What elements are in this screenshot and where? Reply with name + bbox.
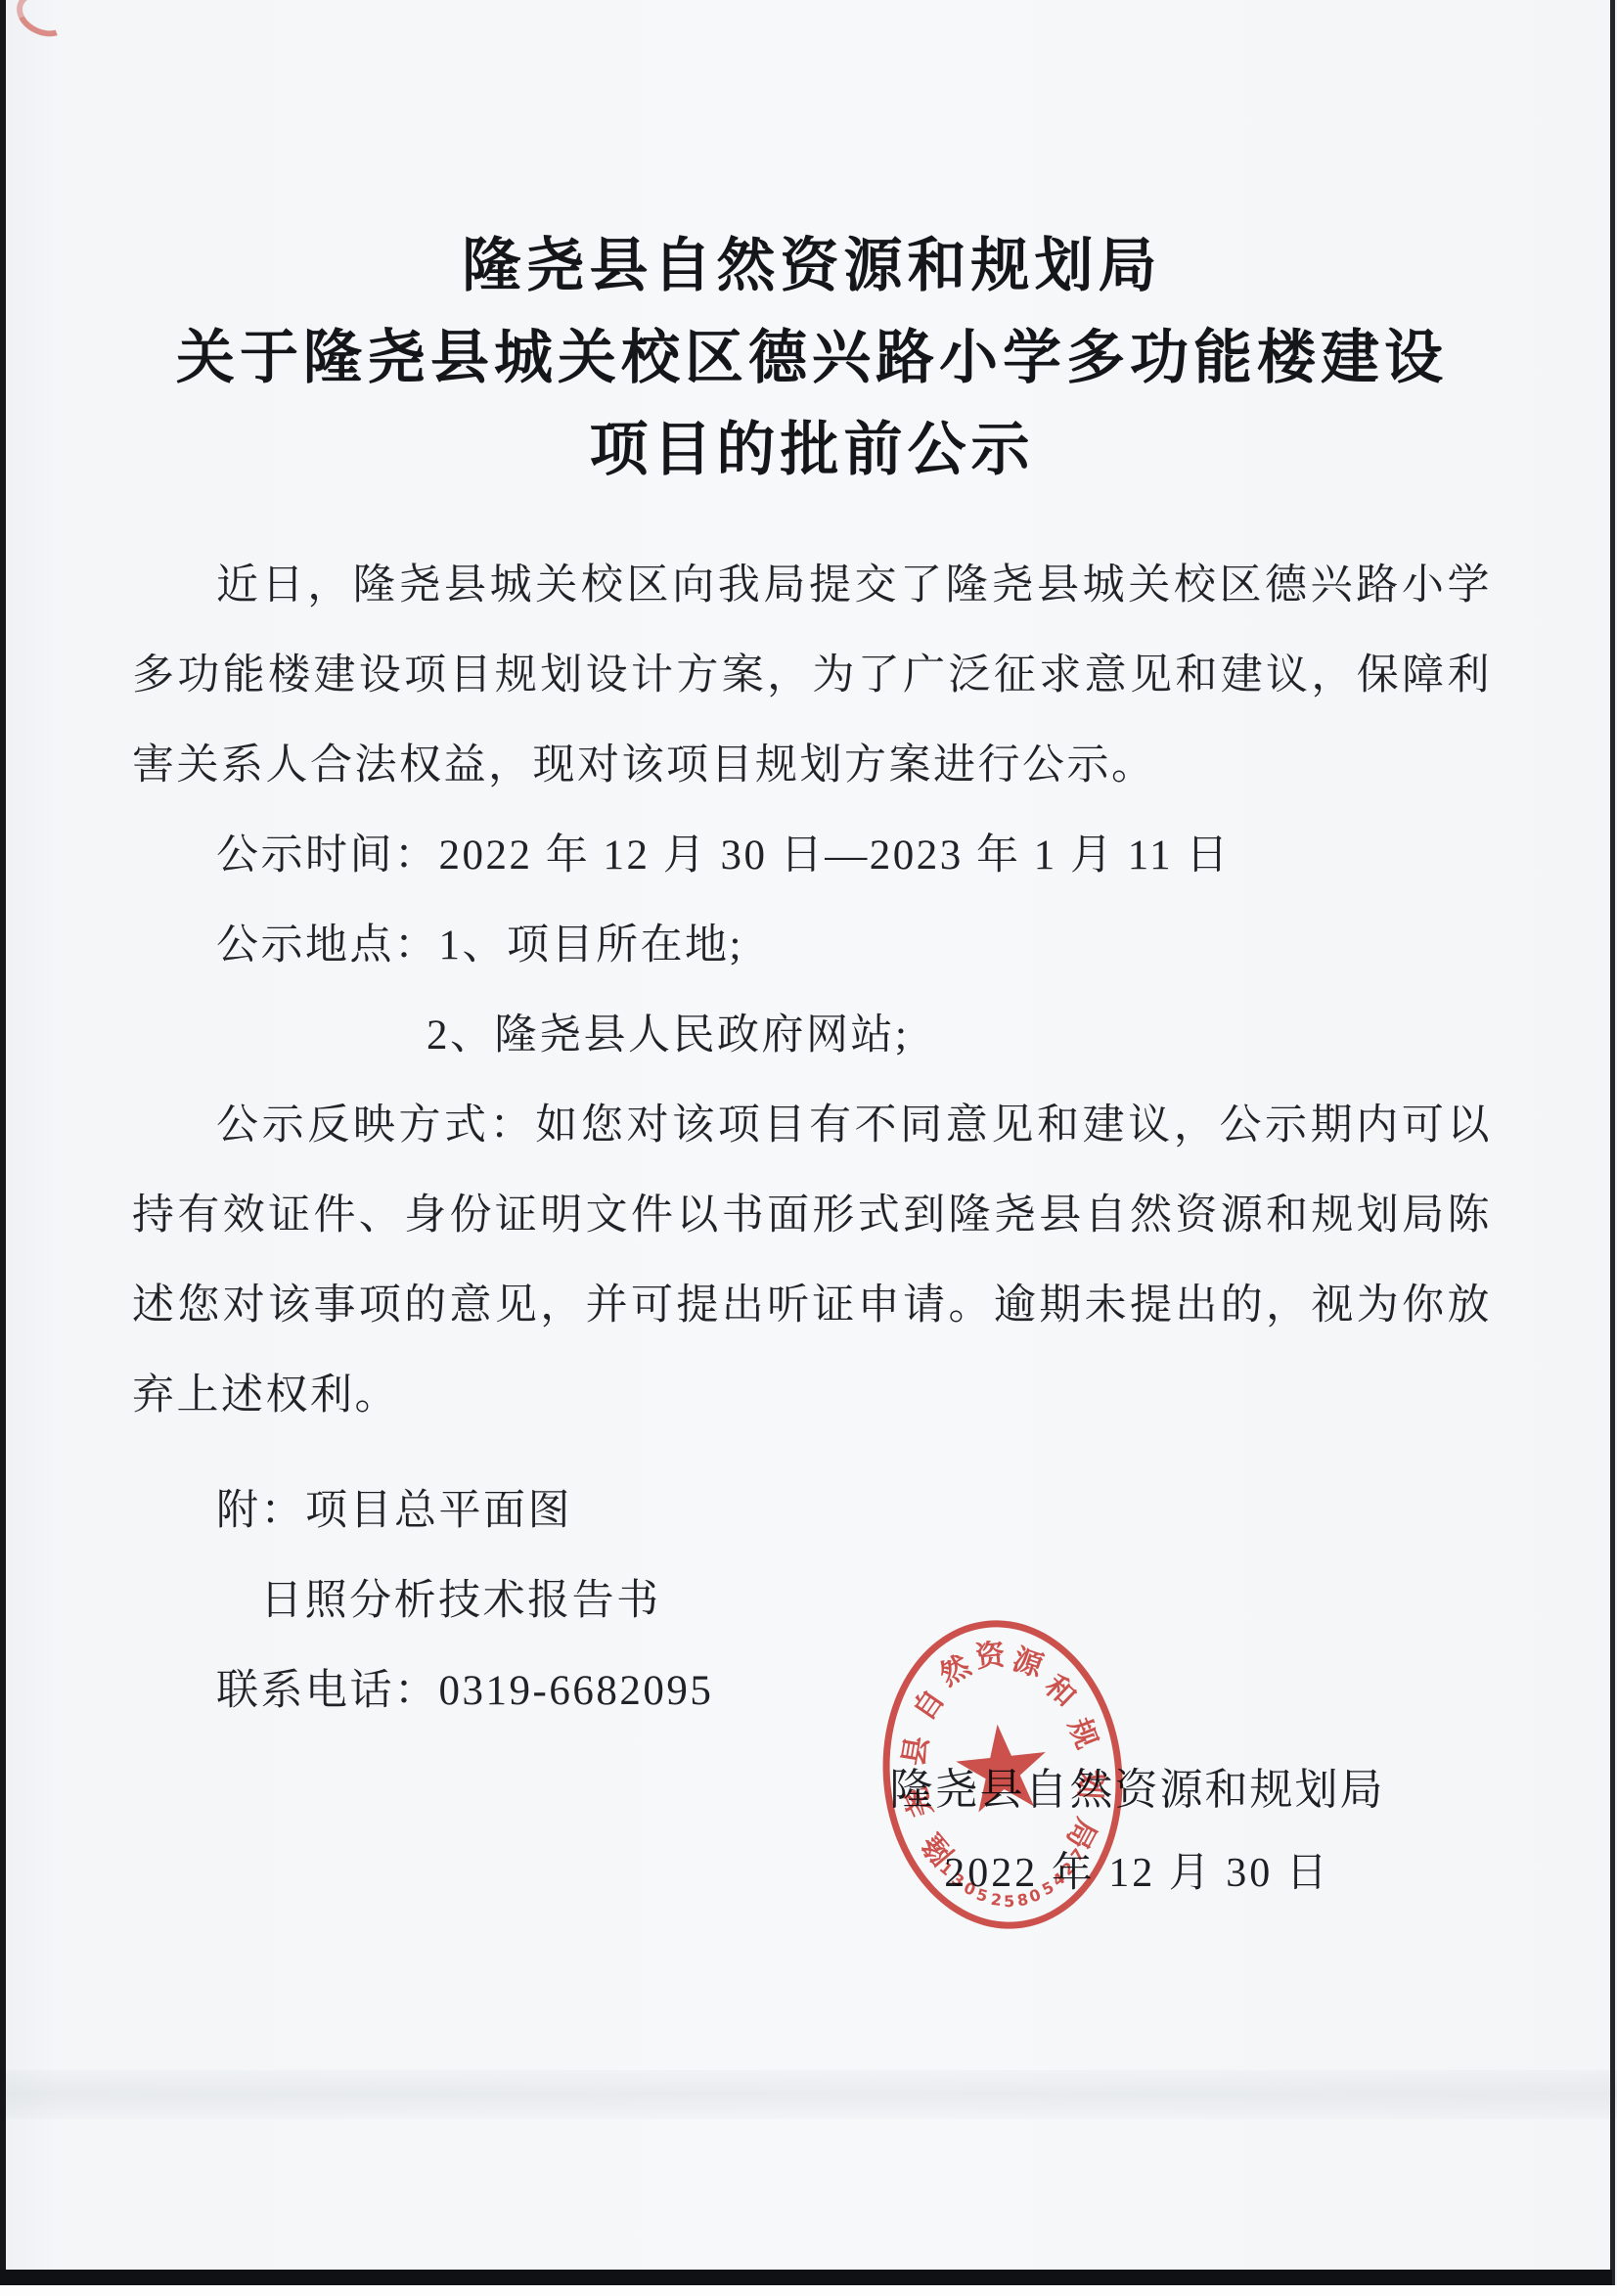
document-title: 隆尧县自然资源和规划局 关于隆尧县城关校区德兴路小学多功能楼建设 项目的批前公示	[132, 220, 1492, 496]
publicity-location-line-2: 2、隆尧县人民政府网站;	[132, 991, 1492, 1081]
signature-block: 隆尧县自然资源和规划局 2022 年 12 月 30 日	[871, 1754, 1404, 1899]
red-pen-mark	[10, 0, 79, 45]
signature-org: 隆尧县自然资源和规划局	[871, 1754, 1404, 1817]
feedback-paragraph: 公示反映方式：如您对该项目有不同意见和建议，公示期内可以持有效证件、身份证明文件…	[132, 1081, 1492, 1441]
publicity-time-line: 公示时间：2022 年 12 月 30 日—2023 年 1 月 11 日	[132, 811, 1492, 901]
scan-edge-bottom	[0, 2270, 1612, 2285]
title-line-2: 关于隆尧县城关校区德兴路小学多功能楼建设	[132, 312, 1492, 404]
title-line-3: 项目的批前公示	[132, 404, 1492, 496]
scan-edge-right	[1610, 0, 1615, 2285]
scanned-document-page: 隆尧县自然资源和规划局 关于隆尧县城关校区德兴路小学多功能楼建设 项目的批前公示…	[0, 0, 1617, 2296]
publicity-location-line-1: 公示地点：1、项目所在地;	[132, 901, 1492, 991]
scan-edge-left	[0, 0, 6, 2285]
intro-paragraph: 近日，隆尧县城关校区向我局提交了隆尧县城关校区德兴路小学多功能楼建设项目规划设计…	[132, 541, 1492, 811]
attachment-line-1: 附：项目总平面图	[132, 1466, 1492, 1556]
scan-strip-white	[0, 2285, 1617, 2296]
contact-phone-line: 联系电话：0319-6682095	[132, 1646, 1492, 1736]
document-body: 隆尧县自然资源和规划局 关于隆尧县城关校区德兴路小学多功能楼建设 项目的批前公示…	[132, 220, 1492, 1736]
title-line-1: 隆尧县自然资源和规划局	[132, 220, 1492, 312]
scan-artifact-band	[0, 2070, 1617, 2119]
attachment-line-2: 日照分析技术报告书	[132, 1556, 1492, 1646]
signature-date: 2022 年 12 月 30 日	[871, 1840, 1404, 1899]
